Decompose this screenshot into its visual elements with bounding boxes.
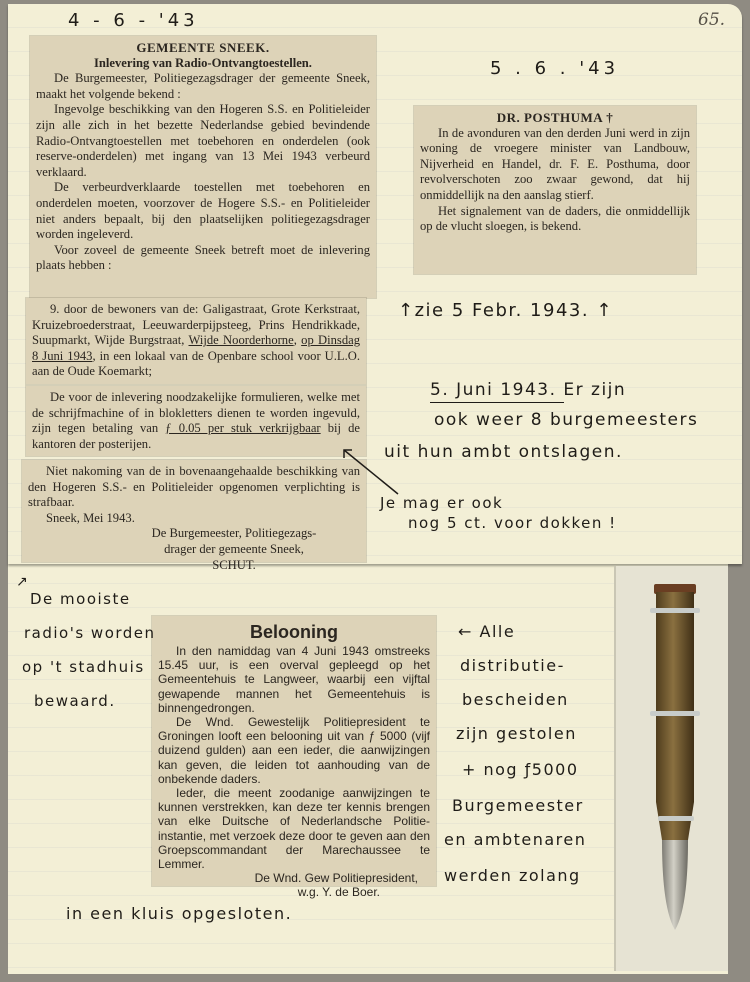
clipping-paragraph: In de avonduren van den derden Juni werd… <box>420 126 690 204</box>
handwritten-theft-8: werden zolang <box>444 866 581 885</box>
clipping-sneek-part1: GEMEENTE SNEEK. Inlevering van Radio-Ont… <box>30 36 376 298</box>
handwritten-see-reference: ↑zie 5 Febr. 1943. ↑ <box>398 300 613 321</box>
clipping-subtitle: Inlevering van Radio-Ontvangtoestellen. <box>36 56 370 72</box>
handwritten-theft-3: bescheiden <box>462 690 569 709</box>
clipping-paragraph: De Wnd. Gewestelijk Politiepresident te … <box>158 715 430 786</box>
clipping-signature: SCHUT. <box>28 558 360 574</box>
clipping-posthuma: DR. POSTHUMA † In de avonduren van den d… <box>414 106 696 274</box>
handwritten-mayors-3: uit hun ambt ontslagen. <box>384 442 623 462</box>
clipping-signature: De Burgemeester, Politiegezags- <box>28 526 360 542</box>
clipping-paragraph: De verbeurdverklaarde toestellen met toe… <box>36 180 370 242</box>
clipping-title: GEMEENTE SNEEK. <box>36 40 370 56</box>
clipping-paragraph: Ingevolge beschikking van den Hogeren S.… <box>36 102 370 180</box>
handwritten-mayors-1: 5. Juni 1943. Er zijn <box>430 380 626 400</box>
handwritten-theft-2: distributie- <box>460 656 565 675</box>
handwritten-theft-4: zijn gestolen <box>456 724 577 743</box>
handwritten-theft-9: in een kluis opgesloten. <box>66 904 292 923</box>
clipping-sneek-part2: 9. door de bewoners van de: Galigastraat… <box>26 298 366 384</box>
clipping-belooning: Belooning In den namiddag van 4 Juni 194… <box>152 616 436 886</box>
handwritten-date-right: 5 . 6 . '43 <box>490 58 619 79</box>
handwritten-mayors-2: ook weer 8 burgemeesters <box>434 410 698 430</box>
handwritten-theft-1: ← Alle <box>458 622 515 641</box>
clipping-paragraph: 9. door de bewoners van de: Galigastraat… <box>32 302 360 380</box>
clipping-paragraph: De voor de inlevering noodzakelijke form… <box>32 390 360 452</box>
handwritten-theft-6: Burgemeester <box>452 796 584 815</box>
handwritten-radios-1: De mooiste <box>30 590 131 608</box>
underline-mark <box>430 402 564 403</box>
clipping-sneek-part4: Niet nakoming van de in bovenaangehaalde… <box>22 460 366 562</box>
handwritten-radios-4: bewaard. <box>34 692 116 710</box>
rifle-cartridge-icon <box>640 578 710 938</box>
handwritten-theft-5: + nog ƒ5000 <box>462 760 579 779</box>
handwritten-extra-cost-1: Je mag er ook <box>380 494 503 512</box>
clipping-paragraph: Voor zoveel de gemeente Sneek betreft mo… <box>36 243 370 274</box>
page-number: 65. <box>698 10 725 30</box>
clipping-signature: w.g. Y. de Boer. <box>158 885 430 899</box>
clipping-signature: De Wnd. Gew Politiepresident, <box>158 871 430 885</box>
handwritten-radios-2: radio's worden <box>24 624 156 642</box>
clipping-paragraph: Niet nakoming van de in bovenaangehaalde… <box>28 464 360 511</box>
clipping-place-date: Sneek, Mei 1943. <box>28 511 360 527</box>
clipping-signature: drager der gemeente Sneek, <box>28 542 360 558</box>
clipping-sneek-part3: De voor de inlevering noodzakelijke form… <box>26 386 366 456</box>
pointer-arrow-icon <box>340 446 400 496</box>
clipping-paragraph: Ieder, die meent zoodanige aanwijzingen … <box>158 786 430 871</box>
handwritten-date-left: 4 - 6 - '43 <box>68 10 199 31</box>
handwritten-radios-3: op 't stadhuis <box>22 658 145 676</box>
clipping-paragraph: Het signalement van de daders, die onmid… <box>420 204 690 235</box>
handwritten-extra-cost-2: nog 5 ct. voor dokken ! <box>408 514 617 532</box>
clipping-title: DR. POSTHUMA † <box>420 110 690 126</box>
clipping-paragraph: De Burgemeester, Politiegezagsdrager der… <box>36 71 370 102</box>
clipping-paragraph: In den namiddag van 4 Juni 1943 omstreek… <box>158 644 430 715</box>
up-arrow-icon: ↗ <box>16 574 29 590</box>
handwritten-theft-7: en ambtenaren <box>444 830 586 849</box>
clipping-title: Belooning <box>158 620 430 644</box>
